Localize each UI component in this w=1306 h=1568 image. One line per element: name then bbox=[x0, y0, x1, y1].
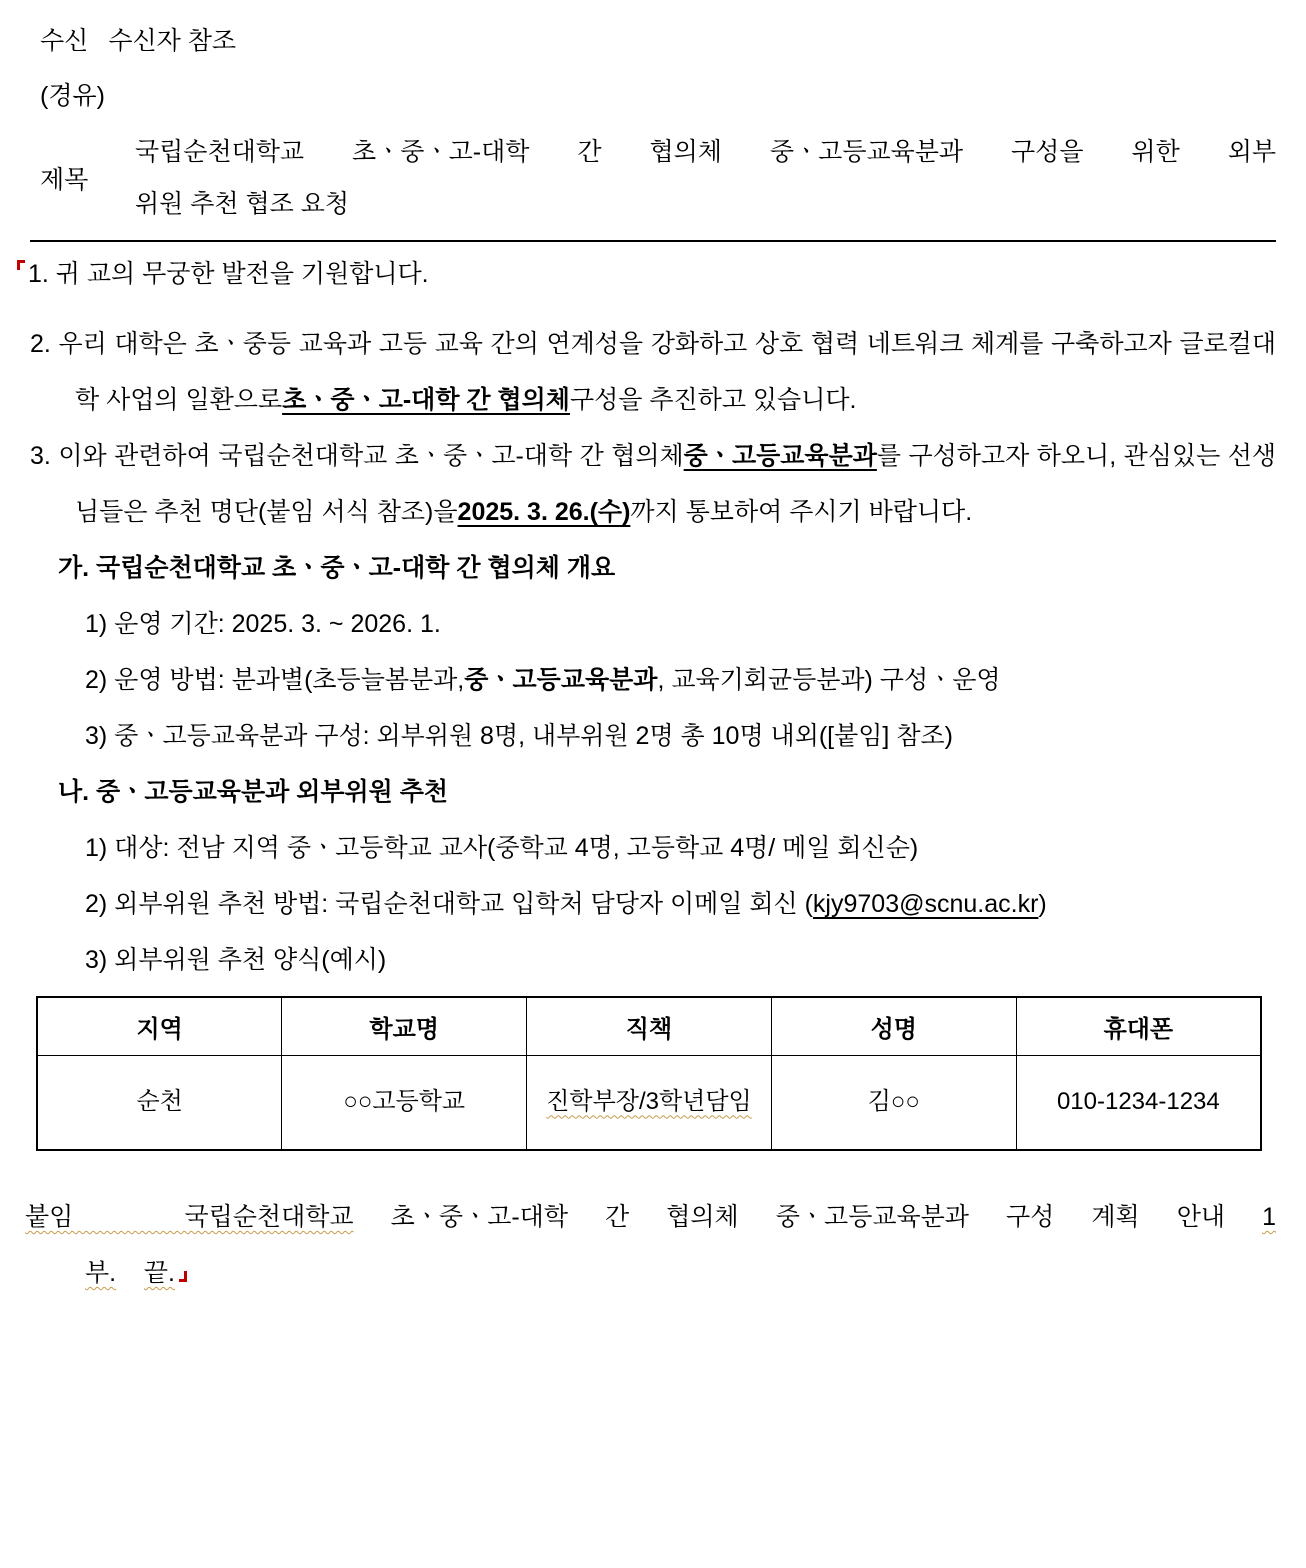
recipient-label: 수신 bbox=[40, 27, 88, 55]
subject-row: 제목 국립순천대학교 초ㆍ중ㆍ고-대학 간 협의체 중ㆍ고등교육분과 구성을 위… bbox=[30, 126, 1276, 230]
table-row: 순천 ○○고등학교 진학부장/3학년담임 김○○ 010-1234-1234 bbox=[37, 1055, 1261, 1150]
na-item-2: 2) 외부위원 추천 방법: 국립순천대학교 입학처 담당자 이메일 회신 (k… bbox=[30, 876, 1276, 932]
col-position: 직책 bbox=[527, 997, 772, 1055]
subject-text: 국립순천대학교 초ㆍ중ㆍ고-대학 간 협의체 중ㆍ고등교육분과 구성을 위한 외… bbox=[135, 126, 1276, 230]
section-ga-heading: 가. 국립순천대학교 초ㆍ중ㆍ고-대학 간 협의체 개요 bbox=[58, 540, 1276, 596]
recipient-row: 수신수신자 참조 bbox=[30, 14, 1276, 69]
cell-school: ○○고등학교 bbox=[282, 1055, 527, 1150]
col-phone: 휴대폰 bbox=[1016, 997, 1261, 1055]
emphasis-subcommittee-2: 중ㆍ고등교육분과 bbox=[464, 666, 657, 694]
emphasis-deadline: 2025. 3. 26.(수) bbox=[458, 498, 631, 526]
cell-region: 순천 bbox=[37, 1055, 282, 1150]
paragraph-1: 1. 귀 교의 무궁한 발전을 기원합니다. bbox=[30, 246, 1276, 302]
subject-line-2: 위원 추천 협조 요청 bbox=[135, 178, 1276, 230]
attachment-note: 붙임 국립순천대학교 초ㆍ중ㆍ고-대학 간 협의체 중ㆍ고등교육분과 구성 계획… bbox=[30, 1189, 1276, 1301]
document-body: 1. 귀 교의 무궁한 발전을 기원합니다. 2. 우리 대학은 초ㆍ중등 교육… bbox=[30, 246, 1276, 988]
emphasis-subcommittee: 중ㆍ고등교육분과 bbox=[684, 442, 877, 470]
section-na-heading: 나. 중ㆍ고등교육분과 외부위원 추천 bbox=[58, 764, 1276, 820]
subject-label: 제목 bbox=[30, 160, 135, 196]
col-school: 학교명 bbox=[282, 997, 527, 1055]
recipient-value: 수신자 참조 bbox=[108, 27, 236, 55]
via-label: (경유) bbox=[40, 82, 105, 110]
cell-name: 김○○ bbox=[771, 1055, 1016, 1150]
na-item-3: 3) 외부위원 추천 양식(예시) bbox=[30, 932, 1276, 988]
ga-item-3: 3) 중ㆍ고등교육분과 구성: 외부위원 8명, 내부위원 2명 총 10명 내… bbox=[30, 708, 1276, 764]
document-page: 수신수신자 참조 (경유) 제목 국립순천대학교 초ㆍ중ㆍ고-대학 간 협의체 … bbox=[0, 0, 1306, 1568]
col-name: 성명 bbox=[771, 997, 1016, 1055]
col-region: 지역 bbox=[37, 997, 282, 1055]
cell-phone: 010-1234-1234 bbox=[1016, 1055, 1261, 1150]
cell-position: 진학부장/3학년담임 bbox=[527, 1055, 772, 1150]
via-row: (경유) bbox=[30, 69, 1276, 124]
correction-open-mark bbox=[17, 260, 25, 270]
na-item-1: 1) 대상: 전남 지역 중ㆍ고등학교 교사(중학교 4명, 고등학교 4명/ … bbox=[30, 820, 1276, 876]
attachment-line-2: 부. 끝. bbox=[30, 1245, 1276, 1301]
subject-line-1: 국립순천대학교 초ㆍ중ㆍ고-대학 간 협의체 중ㆍ고등교육분과 구성을 위한 외… bbox=[135, 126, 1276, 178]
emphasis-council: 초ㆍ중ㆍ고-대학 간 협의체 bbox=[282, 386, 570, 414]
ga-item-2: 2) 운영 방법: 분과별(초등늘봄분과,중ㆍ고등교육분과, 교육기회균등분과)… bbox=[30, 652, 1276, 708]
ga-item-1: 1) 운영 기간: 2025. 3. ~ 2026. 1. bbox=[30, 596, 1276, 652]
header-divider bbox=[30, 240, 1276, 242]
correction-close-mark bbox=[179, 1271, 187, 1282]
paragraph-3: 3. 이와 관련하여 국립순천대학교 초ㆍ중ㆍ고-대학 간 협의체중ㆍ고등교육분… bbox=[30, 428, 1276, 540]
contact-email: kjy9703@scnu.ac.kr bbox=[813, 890, 1038, 918]
paragraph-2: 2. 우리 대학은 초ㆍ중등 교육과 고등 교육 간의 연계성을 강화하고 상호… bbox=[30, 316, 1276, 428]
table-header-row: 지역 학교명 직책 성명 휴대폰 bbox=[37, 997, 1261, 1055]
attachment-line-1: 붙임 국립순천대학교 초ㆍ중ㆍ고-대학 간 협의체 중ㆍ고등교육분과 구성 계획… bbox=[30, 1189, 1276, 1245]
recommendation-table: 지역 학교명 직책 성명 휴대폰 순천 ○○고등학교 진학부장/3학년담임 김○… bbox=[36, 996, 1262, 1151]
